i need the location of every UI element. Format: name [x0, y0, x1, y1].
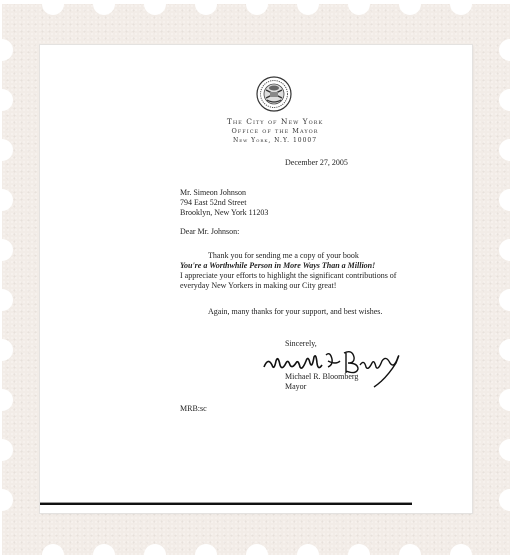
bottom-rule — [40, 502, 412, 505]
perforation-hole — [93, 544, 115, 559]
body-paragraph-2: Again, many thanks for your support, and… — [180, 307, 405, 317]
letter-date: December 27, 2005 — [285, 158, 348, 168]
perforation-hole — [348, 544, 370, 559]
recipient-address: Mr. Simeon Johnson 794 East 52nd Street … — [180, 188, 268, 218]
body-paragraph-1: Thank you for sending me a copy of your … — [180, 251, 405, 291]
salutation: Dear Mr. Johnson: — [180, 227, 239, 237]
signer-title: Mayor — [285, 382, 306, 392]
perforation-hole — [450, 544, 472, 559]
recipient-city: Brooklyn, New York 11203 — [180, 208, 268, 218]
book-title: You're a Worthwhile Person in More Ways … — [180, 261, 405, 271]
perforation-hole — [144, 544, 166, 559]
letterhead-address: New York, N.Y. 10007 — [200, 136, 350, 145]
letterhead-city: The City of New York — [200, 117, 350, 127]
perforation-hole — [297, 544, 319, 559]
perforation-hole — [195, 544, 217, 559]
typist-initials: MRB:sc — [180, 404, 207, 414]
recipient-name: Mr. Simeon Johnson — [180, 188, 268, 198]
closing: Sincerely, — [285, 339, 317, 349]
letterhead-office: Office of the Mayor — [200, 127, 350, 136]
city-seal-icon — [256, 76, 292, 112]
recipient-street: 794 East 52nd Street — [180, 198, 268, 208]
perforation-hole — [42, 544, 64, 559]
signer-name: Michael R. Bloomberg — [285, 372, 358, 382]
paragraph-1-rest: I appreciate your efforts to highlight t… — [180, 271, 405, 291]
perforation-hole — [399, 544, 421, 559]
perforation-hole — [246, 544, 268, 559]
paragraph-1-lead: Thank you for sending me a copy of your … — [180, 251, 405, 261]
letterhead: The City of New York Office of the Mayor… — [200, 117, 350, 145]
stamp-frame: The City of New York Office of the Mayor… — [0, 0, 512, 559]
paragraph-2-text: Again, many thanks for your support, and… — [180, 307, 405, 317]
signature-image — [262, 349, 402, 389]
